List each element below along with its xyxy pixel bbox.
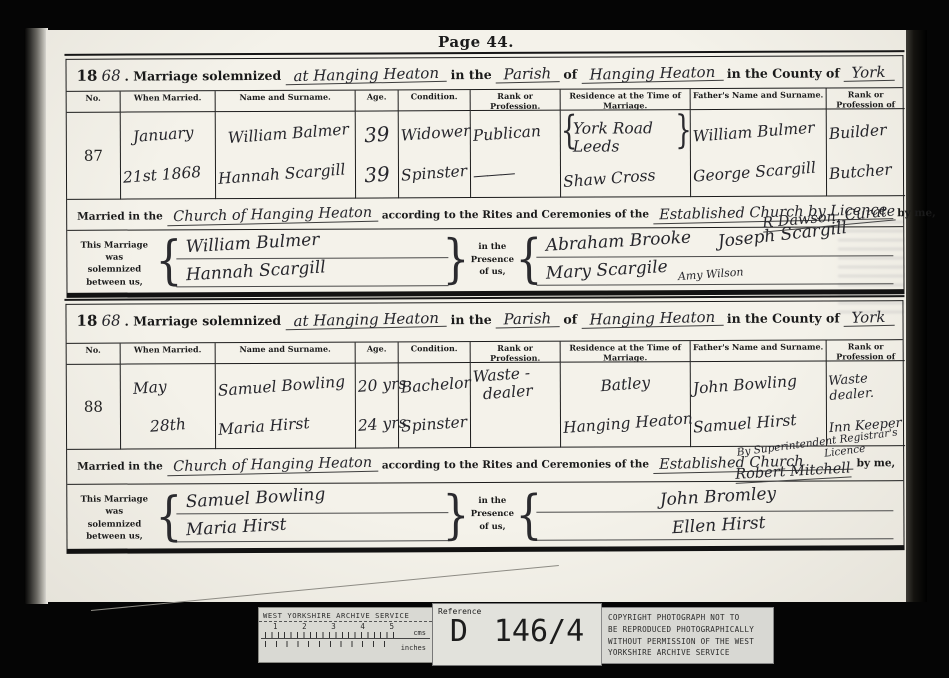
when-line2: 28th [122,414,213,438]
parish-word: Parish [495,66,559,83]
copyright-notice-card: COPYRIGHT PHOTOGRAPH NOT TO BE REPRODUCE… [601,607,774,664]
col-condition: Condition. [399,342,471,363]
county-of-text: in the County of [727,65,840,80]
witness-line1: John Bromley [536,485,893,513]
witness2-signature: Ellen Hirst [671,513,766,538]
solemn-line4: between us, [67,530,161,543]
church-name: Church of Hanging Heaton [167,455,378,477]
brace-open-icon [521,485,536,543]
rites-text: according to the Rites and Ceremonies of… [382,209,649,222]
col-name-surname: Name and Surname. [216,91,356,113]
bride-age: 24 yrs [357,415,396,436]
bride-signature-line: Maria Hirst [176,515,448,543]
cell-fathers: William Bulmer George Scargill [691,110,827,198]
cell-professions: Waste - dealer [471,363,561,448]
inch-unit-label: inches [401,644,426,652]
groom-residence-line2: Leeds [573,137,620,155]
solemn-line4: between us, [67,276,161,289]
col-when-married: When Married. [121,343,216,364]
county-name: York [844,65,895,82]
witness1-signature: John Bromley [660,484,777,511]
bride-condition: Spinster [400,163,468,186]
cell-conditions: Bachelor Spinster [399,363,471,448]
col-father-name: Father's Name and Surname. [691,89,827,111]
witness-signatures: Abraham Brooke Joseph Scargill Mary Scar… [536,229,893,287]
record-88-heading: 1868. Marriage solemnized at Hanging Hea… [66,301,902,343]
reference-card: Reference D 146/4 [432,603,602,666]
groom-profession-line2: dealer [472,381,558,405]
bride-father-profession: Butcher [828,161,903,184]
cm-ruler-numbers: 1 2 3 4 5 [273,622,394,631]
record-88-solemnized-section: This Marriage was solemnized between us,… [67,481,903,549]
solemn-line2: was [67,251,161,264]
col-age: Age. [356,342,399,363]
cell-when-married: May 28th [121,364,216,449]
cell-when-married: January 21st 1868 [121,112,216,199]
col-father-rank: Rank or Profession of Father. [827,340,905,361]
intro-text: . Marriage solemnized [124,313,281,329]
entry-number: 87 [69,147,118,165]
brace-close-icon [448,485,463,543]
record-87-solemnized-section: This Marriage was solemnized between us,… [67,227,903,293]
copyright-line1: COPYRIGHT PHOTOGRAPH NOT TO [608,612,773,624]
presence-line2: Presence [463,508,521,521]
register-page: Page 44. 1868. Marriage solemnized at Ha… [46,30,906,602]
groom-signature-line: Samuel Bowling [176,487,448,515]
cm-mark-2: 2 [302,622,307,631]
witness-line1: Abraham Brooke Joseph Scargill [536,230,893,257]
cell-names: William Balmer Hannah Scargill [216,112,356,200]
bride-condition: Spinster [400,413,468,436]
place-handwritten: at Hanging Heaton [285,66,447,86]
married-in-the-text: Married in the [77,460,163,472]
copyright-line2: BE REPRODUCED PHOTOGRAPHICALLY [608,624,773,636]
married-in-the-text: Married in the [77,211,163,223]
col-name-surname: Name and Surname. [216,343,356,365]
presence-label: in the Presence of us, [463,231,521,288]
archive-scale-card: WEST YORKSHIRE ARCHIVE SERVICE 1 2 3 4 5… [258,607,433,663]
col-no: No. [67,344,121,365]
groom-father: William Bulmer [692,119,824,146]
groom-name: Samuel Bowling [217,372,353,400]
bride-profession: ——— [472,162,558,186]
page-number: Page 44. [46,33,906,51]
col-rank-profession: Rank or Profession. [471,90,561,111]
col-no: No. [67,92,121,113]
in-the-text: in the [451,67,492,82]
col-residence: Residence at the Time of Marriage. [561,89,691,111]
groom-residence-group: York Road Leeds [573,120,688,156]
bride-residence: Hanging Heaton [562,410,688,437]
bride-name: Hannah Scargill [218,161,354,189]
groom-father-profession: Waste dealer. [828,370,904,405]
in-the-text: in the [451,312,492,327]
cm-mark-5: 5 [389,622,394,631]
year-printed: 18 [77,67,98,85]
solemn-line1: This Marriage [67,493,161,506]
cell-ages: 39 39 [356,112,399,199]
inch-ruler-ticks [265,641,390,647]
record-88-table: No. When Married. Name and Surname. Age.… [67,339,903,450]
of-text: of [563,67,577,82]
marriage-record-88: 1868. Marriage solemnized at Hanging Hea… [65,300,904,554]
presence-line3: of us, [463,520,521,533]
cell-ages: 20 yrs 24 yrs [356,363,399,448]
groom-condition: Bachelor [400,374,468,397]
col-when-married: When Married. [121,91,216,112]
cm-mark-4: 4 [360,622,365,631]
groom-residence-line1: York Road [573,119,653,137]
groom-residence: Batley [562,371,688,398]
presence-line1: in the [463,495,521,508]
groom-name: William Balmer [217,121,353,149]
cell-fathers: John Bowling Samuel Hirst [691,362,827,448]
bride-name: Maria Hirst [218,411,354,439]
groom-condition: Widower [400,123,468,146]
parish-name: Hanging Heaton [581,310,723,329]
witness-line2: Ellen Hirst [536,513,893,541]
witness4-signature: Amy Wilson [677,265,743,283]
year-handwritten: 68 [101,313,120,328]
couple-signatures: William Bulmer Hannah Scargill [176,231,448,288]
bride-signature: Hannah Scargill [185,257,326,285]
archive-service-title: WEST YORKSHIRE ARCHIVE SERVICE [259,608,432,622]
witness3-signature: Mary Scargile [545,256,668,283]
when-line1: May [122,375,213,399]
groom-father: John Bowling [692,371,824,398]
col-residence: Residence at the Time of Marriage. [561,341,691,363]
col-age: Age. [356,91,399,112]
cell-residences: Batley Hanging Heaton [561,362,691,448]
parish-name: Hanging Heaton [581,65,723,84]
presence-label: in the Presence of us, [463,485,521,543]
brace-open-icon [161,232,176,288]
county-name: York [844,310,895,327]
place-handwritten: at Hanging Heaton [285,311,447,331]
presence-line2: Presence [463,253,521,266]
record-87-table: No. When Married. Name and Surname. Age.… [67,87,903,200]
cell-names: Samuel Bowling Maria Hirst [216,364,356,450]
cm-ruler-ticks [265,632,398,638]
bride-residence: Shaw Cross [563,165,689,192]
presence-line3: of us, [463,266,521,279]
bride-signature-line: Hannah Scargill [176,260,448,287]
brace-close-icon [448,231,463,287]
parish-word: Parish [495,311,559,328]
groom-signature-line: William Bulmer [176,232,448,259]
col-condition: Condition. [399,90,471,111]
cm-mark-1: 1 [273,622,278,631]
copyright-line4: YORKSHIRE ARCHIVE SERVICE [608,647,773,659]
col-father-name: Father's Name and Surname. [691,341,827,363]
bride-father: Samuel Hirst [693,410,825,437]
by-me-text: by me, [897,207,936,219]
bride-father: George Scargill [693,159,825,186]
groom-age: 39 [357,122,397,148]
cm-unit-label: cms [413,629,426,637]
solemn-line3: solemnized [67,518,161,531]
brace-open-icon [521,231,536,287]
col-rank-profession: Rank or Profession. [471,342,561,363]
cell-father-professions: Builder Butcher [827,109,905,196]
by-me-text: by me, [857,457,896,469]
groom-age: 20 yrs [357,376,396,397]
record-87-church-line: Married in the Church of Hanging Heaton … [67,196,903,230]
record-88-church-line: Married in the Church of Hanging Heaton … [67,446,903,485]
cell-entry-no: 87 [67,113,121,200]
this-marriage-label: This Marriage was solemnized between us, [67,232,161,289]
solemn-line3: solemnized [67,264,161,277]
reference-value: D 146/4 [433,617,601,647]
col-father-rank: Rank or Profession of Father. [827,88,905,109]
cell-professions: Publican ——— [471,111,561,198]
reference-number: 146/4 [494,617,584,647]
church-name: Church of Hanging Heaton [167,205,378,227]
groom-signature: William Bulmer [185,230,320,258]
book-page-edge [24,28,48,604]
rites-text: according to the Rites and Ceremonies of… [382,458,649,471]
of-text: of [563,312,577,327]
year-printed: 18 [76,312,97,330]
cell-entry-no: 88 [67,365,121,450]
when-line2: 21st 1868 [122,163,213,187]
groom-profession: Publican [472,122,558,146]
inch-ruler: inches [261,639,430,653]
cell-residences: York Road Leeds Shaw Cross [561,110,691,198]
reference-letter: D [450,617,468,647]
year-handwritten: 68 [101,68,120,83]
solemn-line2: was [67,506,161,519]
when-line1: January [122,123,213,147]
record-87-heading: 1868. Marriage solemnized at Hanging Hea… [66,56,902,91]
brace-open-icon [161,486,176,544]
entry-number: 88 [69,398,118,416]
couple-signatures: Samuel Bowling Maria Hirst [176,485,448,544]
cm-mark-3: 3 [331,622,336,631]
copyright-line3: WITHOUT PERMISSION OF THE WEST [608,636,773,648]
cell-conditions: Widower Spinster [399,111,471,198]
page-right-shadow [903,30,927,602]
solemn-line1: This Marriage [67,239,161,252]
intro-text: . Marriage solemnized [124,68,281,84]
this-marriage-label: This Marriage was solemnized between us, [67,486,161,544]
marriage-record-87: 1868. Marriage solemnized at Hanging Hea… [65,55,904,298]
witness-signatures: John Bromley Ellen Hirst [536,483,893,543]
witness-line2: Mary Scargile Amy Wilson [536,258,893,285]
groom-father-profession: Builder [828,121,903,144]
bride-age: 39 [357,162,397,188]
presence-line1: in the [463,241,521,254]
cm-ruler: 1 2 3 4 5 cms [261,622,430,639]
witness1-signature: Abraham Brooke [545,228,691,256]
bride-signature: Maria Hirst [185,515,287,541]
county-of-text: in the County of [727,310,840,325]
groom-signature: Samuel Bowling [185,485,326,513]
